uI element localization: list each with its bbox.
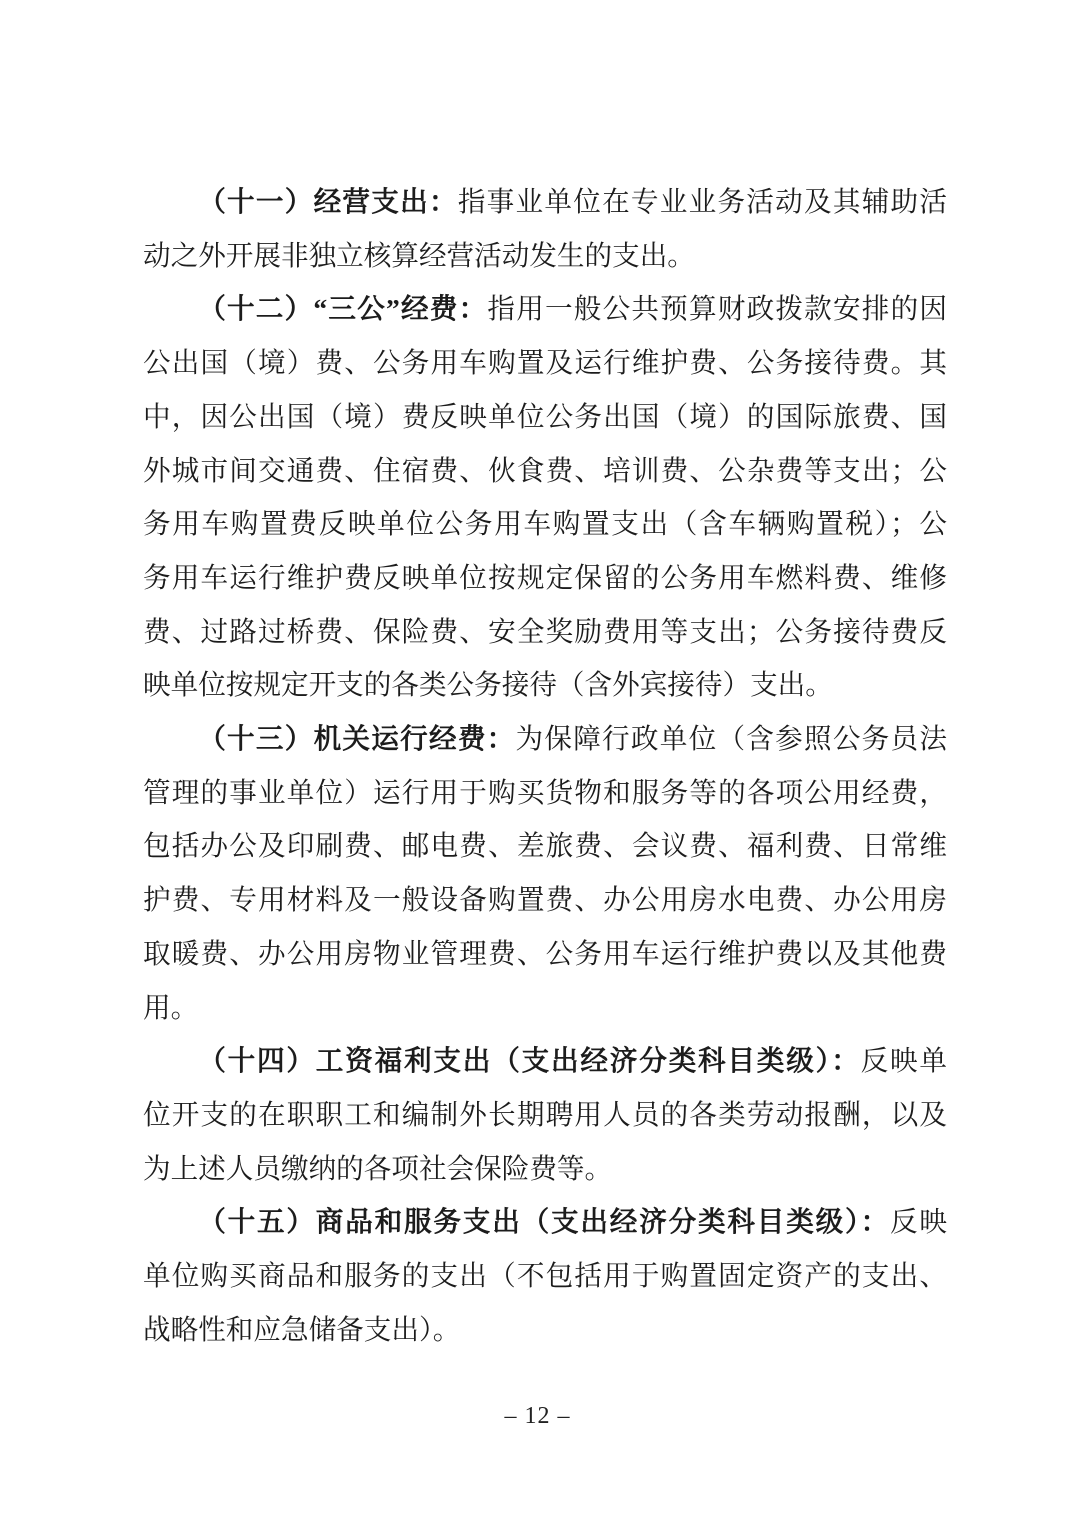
definition-term: （十三）机关运行经费： [198, 723, 515, 754]
text-line: 护费、专用材料及一般设备购置费、办公用房水电费、办公用房 [143, 873, 947, 927]
text-line: （十五）商品和服务支出（支出经济分类科目类级）：反映 [143, 1195, 947, 1249]
paragraph: （十二）“三公”经费：指用一般公共预算财政拨款安排的因 公出国（境）费、公务用车… [143, 282, 947, 712]
paragraph: （十一）经营支出：指事业单位在专业业务活动及其辅助活 动之外开展非独立核算经营活… [143, 175, 947, 282]
page-footer: – 12 – [0, 1402, 1075, 1430]
definition-term: （十二）“三公”经费： [198, 293, 487, 324]
text-line: （十二）“三公”经费：指用一般公共预算财政拨款安排的因 [143, 282, 947, 336]
document-page: （十一）经营支出：指事业单位在专业业务活动及其辅助活 动之外开展非独立核算经营活… [0, 0, 1075, 1520]
definition-text: 为保障行政单位（含参照公务员法 [516, 723, 947, 754]
text-line: 动之外开展非独立核算经营活动发生的支出。 [143, 229, 947, 283]
text-line: （十一）经营支出：指事业单位在专业业务活动及其辅助活 [143, 175, 947, 229]
text-line: 战略性和应急储备支出）。 [143, 1303, 947, 1357]
definition-text: 指事业单位在专业业务活动及其辅助活 [458, 186, 947, 217]
text-line: 中，因公出国（境）费反映单位公务出国（境）的国际旅费、国 [143, 390, 947, 444]
paragraph: （十四）工资福利支出（支出经济分类科目类级）：反映单 位开支的在职职工和编制外长… [143, 1034, 947, 1195]
text-line: 用。 [143, 981, 947, 1035]
text-line: 为上述人员缴纳的各项社会保险费等。 [143, 1142, 947, 1196]
text-line: 单位购买商品和服务的支出（不包括用于购置固定资产的支出、 [143, 1249, 947, 1303]
definition-text: 反映 [890, 1206, 947, 1237]
definition-term: （十一）经营支出： [198, 186, 458, 217]
text-line: 管理的事业单位）运行用于购买货物和服务等的各项公用经费， [143, 766, 947, 820]
text-line: （十四）工资福利支出（支出经济分类科目类级）：反映单 [143, 1034, 947, 1088]
text-line: 公出国（境）费、公务用车购置及运行维护费、公务接待费。其 [143, 336, 947, 390]
text-line: 取暖费、办公用房物业管理费、公务用车运行维护费以及其他费 [143, 927, 947, 981]
text-line: 位开支的在职职工和编制外长期聘用人员的各类劳动报酬，以及 [143, 1088, 947, 1142]
text-line: （十三）机关运行经费：为保障行政单位（含参照公务员法 [143, 712, 947, 766]
text-line: 务用车购置费反映单位公务用车购置支出（含车辆购置税）；公 [143, 497, 947, 551]
paragraph: （十三）机关运行经费：为保障行政单位（含参照公务员法 管理的事业单位）运行用于购… [143, 712, 947, 1034]
text-line: 映单位按规定开支的各类公务接待（含外宾接待）支出。 [143, 658, 947, 712]
text-line: 务用车运行维护费反映单位按规定保留的公务用车燃料费、维修 [143, 551, 947, 605]
text-line: 包括办公及印刷费、邮电费、差旅费、会议费、福利费、日常维 [143, 819, 947, 873]
paragraph: （十五）商品和服务支出（支出经济分类科目类级）：反映 单位购买商品和服务的支出（… [143, 1195, 947, 1356]
document-body: （十一）经营支出：指事业单位在专业业务活动及其辅助活 动之外开展非独立核算经营活… [143, 175, 947, 1356]
text-line: 费、过路过桥费、保险费、安全奖励费用等支出；公务接待费反 [143, 605, 947, 659]
text-line: 外城市间交通费、住宿费、伙食费、培训费、公杂费等支出；公 [143, 444, 947, 498]
page-number: – 12 – [505, 1403, 571, 1429]
definition-term: （十五）商品和服务支出（支出经济分类科目类级）： [198, 1206, 890, 1237]
definition-term: （十四）工资福利支出（支出经济分类科目类级）： [198, 1045, 860, 1076]
definition-text: 指用一般公共预算财政拨款安排的因 [487, 293, 947, 324]
definition-text: 反映单 [861, 1045, 947, 1076]
